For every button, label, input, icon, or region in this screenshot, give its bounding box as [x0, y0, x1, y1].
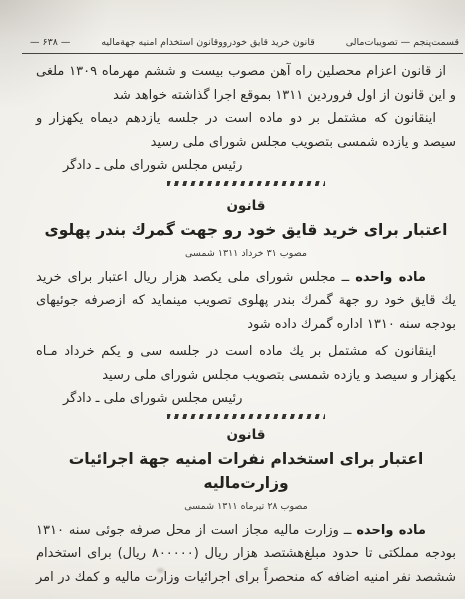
ratification-paragraph: اینقانون که مشتمل بر یك ماده است در جلسه… — [36, 340, 456, 387]
article-paragraph: ماده واحده ــ وزارت مالیه مجاز است از مح… — [36, 519, 456, 590]
text-line: یك قایق خود رو جهة گمرك بندر پهلوی تصویب… — [36, 289, 456, 313]
dotted-separator — [167, 414, 325, 419]
text-line: ششصد نفر امنیه اضافه که منحصراً برای اجر… — [36, 566, 456, 590]
article-paragraph: ماده واحده ــ مجلس شورای ملی یکصد هزار ر… — [36, 266, 456, 337]
text-line: و این قانون از اول فروردین ۱۳۱۱ بموقع اج… — [36, 84, 456, 108]
header-rule — [22, 53, 463, 54]
dotted-separator — [167, 181, 325, 186]
text-line: ماده واحده ــ مجلس شورای ملی یکصد هزار ر… — [36, 266, 456, 290]
law-approval-date: مصوب ۳۱ خرداد ۱۳۱۱ شمسی — [36, 247, 456, 261]
article-line: ــ مجلس شورای ملی یکصد هزار ریال اعتبار … — [36, 270, 349, 285]
article-line: ــ وزارت مالیه مجاز است از محل صرفه جوئی… — [36, 523, 351, 538]
law-section-boat: قانون اعتبار برای خرید قایق خود رو جهت گ… — [36, 196, 456, 419]
text-line: اینقانون که مشتمل بر یك ماده است در جلسه… — [36, 340, 456, 364]
text-line: بودجه سنه ۱۳۱۰ اداره گمرك داده شود — [36, 313, 456, 337]
running-head: قسمت‌پنجم — تصویبات‌مالی قانون خرید قایق… — [30, 36, 459, 49]
law-section-gendarme: قانون اعتبار برای استخدام نفرات امنیه جه… — [36, 425, 456, 590]
law-title: اعتبار برای خرید قایق خود رو جهت گمرك بن… — [36, 218, 456, 242]
text-line: از قانون اعزام محصلین راه آهن مصوب بیست … — [36, 60, 456, 84]
law-kicker: قانون — [36, 196, 456, 216]
text-line: اینقانون که مشتمل بر دو ماده است در جلسه… — [36, 107, 456, 131]
header-section-label: قسمت‌پنجم — تصویبات‌مالی — [346, 36, 459, 49]
signature-line: رئیس مجلس شورای ملی ـ دادگر — [36, 154, 456, 178]
law-kicker: قانون — [36, 425, 456, 445]
header-page-number: — ۶۳۸ — — [30, 36, 70, 49]
header-chapter-label: قانون خرید قایق خودرووقانون استخدام امنی… — [101, 36, 314, 49]
text-line: ماده واحده ــ وزارت مالیه مجاز است از مح… — [36, 519, 456, 543]
law-approval-date: مصوب ۲۸ تیرماه ۱۳۱۱ شمسی — [36, 500, 456, 514]
text-line: یکهزار و سیصد و یازده شمسی بتصویب مجلس ش… — [36, 364, 456, 388]
text-line: بودجه مملکتی تا حدود مبلغ‌هشتصد هزار ریا… — [36, 542, 456, 566]
article-label: ماده واحده — [355, 270, 426, 285]
law-title: اعتبار برای استخدام نفرات امنیه جهة اجرا… — [36, 447, 456, 495]
page-body: از قانون اعزام محصلین راه آهن مصوب بیست … — [36, 60, 456, 589]
article-label: ماده واحده — [356, 523, 426, 538]
text-line: سیصد و یازده شمسی بتصویب مجلس شورای ملی … — [36, 131, 456, 155]
scan-smudge — [157, 568, 164, 573]
scanned-document-page: قسمت‌پنجم — تصویبات‌مالی قانون خرید قایق… — [0, 0, 465, 599]
signature-line: رئیس مجلس شورای ملی ـ دادگر — [36, 387, 456, 411]
